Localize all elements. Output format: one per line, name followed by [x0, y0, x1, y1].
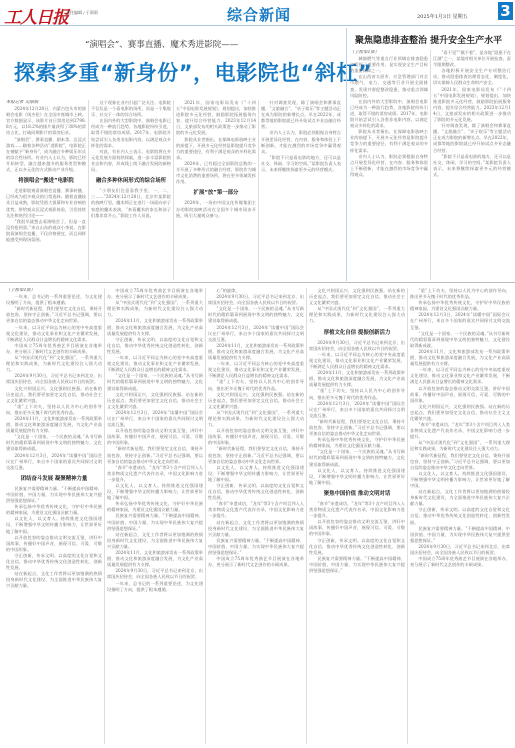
column-divider	[104, 288, 105, 744]
paragraph: 民族复兴需要精神力量。“不断提高中国精神、中国价值、中国力量，为实现中华民族伟大…	[208, 538, 304, 556]
paragraph: 民族复兴需要精神力量。“不断提高中国精神、中国价值、中国力量，为实现中华民族伟大…	[410, 526, 510, 544]
column-divider	[205, 288, 206, 744]
paragraph: “新时代新征程，我们要坚定文化自信，秉持开放包容，坚持守正创新。”习近平总书记强…	[6, 306, 102, 324]
paragraph: “春节”申遗成功，“龙年”等3个含产项目列入人类非物质文化遗产代表作名录，中国文…	[107, 465, 203, 483]
paragraph: 影院从业者指出，在保障电影放映主业的前提下，开展多元化经营是影院提升竞争力的重要…	[350, 129, 428, 153]
paragraph: 守正创新，传承文明。以高度的文化自觉和文化自信，推动中华优秀传统文化创造性转化、…	[309, 538, 405, 556]
column-divider	[430, 50, 431, 280]
paragraph: 2024年11月，文化和旅游部发布一系列政策举措，推动文化和旅游深度融合发展，为…	[208, 343, 304, 361]
paragraph: “重”上下功夫，坚持以人民为中心的创作导向，推出更多无愧于时代的优秀作品。	[410, 288, 510, 300]
paragraph: 一年来，以习近平同志为核心的党中央高度重视文化建设，推动文化事业和文化产业繁荣发…	[309, 352, 405, 370]
paragraph: 守正创新，传承文明。以高度的文化自觉和文化自信，推动中华优秀传统文化创造性转化、…	[208, 483, 304, 501]
paragraph: 2024年12月3日，2024年“读懂中国”国际会议在广州举行，来自多个国家的嘉…	[208, 325, 304, 343]
paragraph: 文化兴则国运兴，文化强则民族强。站在新的历史起点，我们要更加坚定文化自信，推动社…	[410, 404, 510, 422]
side-story-headline: 聚焦隐患排查整治 提升安全生产水平	[355, 33, 502, 46]
paragraph: 2024年11月，文化和旅游部发布一系列政策举措，推动文化和旅游深度融合发展，为…	[107, 550, 203, 568]
paragraph: “文化是一个国家、一个民族的灵魂。”从书写新时代的精彩篇章到展现中华文明的独特魅…	[208, 306, 304, 324]
lead-column-3: 2021年，国家电影局发布《“十四五”中国电影发展规划》，规划提出，加快推进影院…	[176, 100, 256, 280]
paragraph: “春节”申遗成功，“龙年”等3个含产项目列入人类非物质文化遗产代表作名录，中国文…	[410, 422, 510, 440]
paragraph: “春节”申遗成功，“龙年”等3个含产项目列入人类非物质文化遗产代表作名录，中国文…	[208, 501, 304, 519]
paragraph: 站在新起点，文化工作者将以更加饱满的热情投身新时代文化建设，为全面推进中华民族伟…	[107, 532, 203, 550]
section-divider	[0, 282, 515, 283]
paragraph: 一年来，总书记的一系列重要论述，为文化建设指明了方向，提供了根本遵循。	[6, 294, 102, 306]
paragraph: 文化兴则国运兴，文化强则民族强。站在新的历史起点，我们要更加坚定文化自信，推动社…	[208, 392, 304, 410]
paragraph: 从“中国式现代化”到“文化强国”，一系列重大理论和实践成果，为新时代文化建设注入…	[208, 410, 304, 428]
lead-subhead-2: 融合多种休闲形式的综合场所	[91, 178, 171, 184]
paragraph: 传承弘扬中华优秀传统文化，守护好中华民族的精神家园，为建设文化强国贡献力量。	[410, 300, 510, 312]
paragraph: 以文化人，以文育人。持续推进文化强国建设，不断增强中华文明传播力影响力，让世界更…	[309, 468, 405, 486]
paragraph: 2024年12月3日，2024年“读懂中国”国际会议在广州举行，来自多个国家的嘉…	[6, 453, 102, 471]
lower-subhead-1: 团结奋斗发展 凝聚精神力量	[6, 476, 102, 482]
section-title: 综合新闻	[227, 4, 291, 25]
paragraph: “春节”申遗成功，“龙年”等3个含产项目列入人类非物质文化遗产代表作名录，中国文…	[309, 501, 405, 519]
paragraph: 2024年9月30日，习近平总书记来到北京，出席国庆招待会，向全国各族人民致以节…	[107, 568, 203, 580]
paragraph: 中国成立75周年优秀曲艺节目展演在各地举办，充分展示了新时代文艺创作的丰硕成果。	[208, 556, 304, 568]
column-divider	[258, 100, 259, 280]
paragraph: 在山西省太原市，应急管理部门对全市燃气、电力、交通等行业开展全面排查，发现并督促…	[350, 74, 428, 98]
lower-subhead-3: 聚焦中国价值 推动文明对话	[309, 491, 405, 497]
paragraph: 民族复兴需要精神力量。“不断提高中国精神、中国价值、中国力量，为实现中华民族伟大…	[107, 513, 203, 531]
paragraph: 以开放包容的姿态推动文明交流互鉴，讲好中国故事，传播好中国声音，展现可信、可爱、…	[309, 519, 405, 537]
paragraph: 2021年，国家电影局发布《“十四五”中国电影发展规划》，规划提出，加快推进影院…	[176, 100, 256, 137]
paragraph: “文化是一个国家、一个民族的灵魂。”从书写新时代的精彩篇章到展现中华文明的独特魅…	[6, 434, 102, 452]
paragraph: 以文化人，以文育人。持续推进文化强国建设，不断增强中华文明传播力影响力，让世界更…	[208, 465, 304, 483]
paragraph: 站在新起点，文化工作者将以更加饱满的热情投身新时代文化建设，为全面推进中华民族伟…	[410, 489, 510, 507]
paragraph: 一年来，以习近平同志为核心的党中央高度重视文化建设，推动文化事业和文化产业繁荣发…	[107, 355, 203, 373]
paragraph: 以文化人，以文育人。持续推进文化强国建设，不断增强中华文明传播力影响力，让世界更…	[410, 471, 510, 489]
paragraph: 守正创新，传承文明。以高度的文化自觉和文化自信，推动中华优秀传统文化创造性转化、…	[6, 553, 102, 571]
lead-column-1: 本报记者 吴丽娟 2024年12月28日，内蒙古包头市的演唱会电影《周杰伦》在全…	[6, 100, 86, 280]
paragraph: 2024年11月，文化和旅游部发布一系列政策举措，推动文化和旅游深度融合发展，为…	[6, 416, 102, 434]
paragraph: “文化是一个国家、一个民族的灵魂。”从书写新时代的精彩篇章到展现中华文明的独特魅…	[309, 449, 405, 467]
paragraph: “我很早就想去看演唱会了，但是一直没有抢到票。”来自山东的观众小李说，在影院看演…	[6, 219, 86, 243]
paragraph: 传承弘扬中华优秀传统文化，守护好中华民族的精神家园，为建设文化强国贡献力量。	[6, 504, 102, 516]
paragraph: 民族复兴需要精神力量。“不断提高中国精神、中国价值、中国力量，为实现中华民族伟大…	[6, 486, 102, 504]
paragraph: “新时代新征程，我们要坚定文化自信，秉持开放包容，坚持守正创新。”习近平总书记强…	[410, 453, 510, 471]
paragraph: 守正创新，传承文明。以高度的文化自觉和文化自信，推动中华优秀传统文化创造性转化、…	[107, 337, 203, 355]
lower-column-3: 心”的旋律。 2024年9月30日，习近平总书记来到北京，出席国庆招待会，向全国…	[208, 288, 304, 744]
lead-column-4: 针对调查发现，除了演唱会和赛事直播，“文旅融合”、“亲子娱乐”等主题活动正在成为…	[261, 100, 341, 280]
paragraph: 从“中国式现代化”到“文化强国”，一系列重大理论和实践成果，为新时代文化建设注入…	[410, 440, 510, 452]
paragraph: 以开放包容的姿态推动文明交流互鉴，讲好中国故事，传播好中国声音，展现可信、可爱、…	[6, 535, 102, 553]
paragraph: 从“中国式现代化”到“文化强国”，一系列重大理论和实践成果，为新时代文化建设注入…	[309, 306, 405, 324]
paragraph: “文化是一个国家、一个民族的灵魂。”从书写新时代的精彩篇章到展现中华文明的独特魅…	[410, 331, 510, 349]
paragraph: 以文化人，以文育人。持续推进文化强国建设，不断增强中华文明传播力影响力，让世界更…	[107, 483, 203, 501]
paragraph: “文化是一个国家、一个民族的灵魂。”从书写新时代的精彩篇章到展现中华文明的独特魅…	[107, 373, 203, 391]
paragraph: 影院从业者指出，在保障电影放映主业的前提下，开展多元化经营是影院提升竞争力的重要…	[176, 137, 256, 161]
paragraph: 业内人士认为，影院必须根据自身特点开展差异化经营，在内容、服务和体验上不断创新，…	[261, 130, 341, 154]
lower-column-1: （上接第1版） 一年来，总书记的一系列重要论述，为文化建设指明了方向，提供了根本…	[6, 288, 102, 744]
column-divider	[306, 288, 307, 744]
paragraph: 这个现象在业内引起广泛关注。电影院不仅仅是一个看电影的场所，而是一个集娱乐、社交…	[91, 100, 171, 118]
paragraph: 城镇燃气等重点行业领域在排查隐患中发挥了重要作用，是实现安全生产目标的重要保障之…	[350, 56, 428, 74]
paragraph: 以开放包容的姿态推动文明交流互鉴，讲好中国故事，传播好中国声音，展现可信、可爱、…	[208, 428, 304, 446]
paragraph: 文化兴则国运兴，文化强则民族强。站在新的历史起点，我们要更加坚定文化自信，推动社…	[309, 288, 405, 306]
paragraph: “新时代新征程，我们要坚定文化自信，秉持开放包容，坚持守正创新。”习近平总书记强…	[309, 419, 405, 437]
page-number-badge: 3	[498, 2, 513, 20]
paragraph: 2024年12月3日，2024年“读懂中国”国际会议在广州举行，来自多个国家的嘉…	[107, 410, 203, 428]
paragraph: 传承弘扬中华优秀传统文化，守护好中华民族的精神家园，为建设文化强国贡献力量。	[107, 501, 203, 513]
paragraph: 各地积极开展安全生产专项整治行动，推动隐患排查治理常态化、制度化，切实保障人民群…	[433, 68, 511, 86]
lower-column-5: “重”上下功夫，坚持以人民为中心的创作导向，推出更多无愧于时代的优秀作品。 传承…	[410, 288, 510, 744]
paragraph: 2024年12月3日，2024年“读懂中国”国际会议在广州举行，来自多个国家的嘉…	[410, 312, 510, 330]
paragraph: “演唱会”、赛事直播、剧本杀、沉浸式游戏……随着各种活动“进影院”，电影院正在被…	[6, 137, 86, 174]
paragraph: 2024年11月，文化和旅游部发布一系列政策举措，推动文化和旅游深度融合发展，为…	[410, 349, 510, 367]
paragraph: 一年来，总书记的一系列重要论述，为文化建设指明了方向，提供了根本遵循。	[107, 581, 203, 593]
paragraph: 针对调查发现，除了演唱会和赛事直播，“文旅融合”、“亲子娱乐”等主题活动正在成为…	[261, 100, 341, 130]
paragraph: 民族复兴需要精神力量。“不断提高中国精神、中国价值、中国力量，为实现中华民族伟大…	[309, 556, 405, 574]
paragraph: 传承弘扬中华优秀传统文化，守护好中华民族的精神家园，为建设文化强国贡献力量。	[309, 437, 405, 449]
paragraph: 守正创新，传承文明。以高度的文化自觉和文化自信，推动中华优秀传统文化创造性转化、…	[410, 507, 510, 525]
paragraph: 一年来，以习近平同志为核心的党中央高度重视文化建设，推动文化事业和文化产业繁荣发…	[6, 325, 102, 343]
column-divider	[88, 100, 89, 280]
paragraph: 业内人士认为，影院必须根据自身特点开展差异化经营，在内容、服务和体验上不断创新，…	[350, 154, 428, 178]
paragraph: 针对调查发现，除了演唱会和赛事直播，“文旅融合”、“亲子娱乐”等主题活动正在成为…	[433, 123, 511, 153]
story-divider	[346, 28, 347, 281]
paragraph: 2024年9月30日，习近平总书记来到北京，出席国庆招待会，向全国各族人民致以节…	[309, 340, 405, 352]
paragraph: “新时代新征程，我们要坚定文化自信，秉持开放包容，坚持守正创新。”习近平总书记强…	[208, 446, 304, 464]
paragraph: 2024年9月30日，习近平总书记来到北京，出席国庆招待会，向全国各族人民致以节…	[6, 373, 102, 385]
paragraph: 中国成立75周年优秀曲艺节目展演在各地举办，充分展示了新时代文艺创作的丰硕成果。	[107, 288, 203, 300]
paragraph: 在国内外的大型影院中，演唱会电影已经成为一种流行趋势，各地影院纷纷引进，取得不错…	[350, 99, 428, 129]
issue-date: 2025年1月3日 星期五	[417, 13, 468, 20]
paragraph: 对此，有业内人士表示，电影院将在多元化发展方面持续探索，进一步丰富影院的业态和内…	[91, 149, 171, 173]
lower-subhead-2: 厚植文化自信 提振创新活力	[309, 330, 405, 336]
paragraph: 2024年9月30日，习近平总书记来到北京，出席国庆招待会，向全国各族人民致以节…	[208, 294, 304, 306]
editor-credit: 责任编辑 / 于莉莉	[66, 10, 98, 16]
paragraph: 一年来，以习近平同志为核心的党中央高度重视文化建设，推动文化事业和文化产业繁荣发…	[410, 367, 510, 385]
paragraph: “影院不只是看电影的地方，还可以是社交、休闲、学习的空间。”某影院负责人表示，未…	[433, 154, 511, 178]
paragraph: “小朋友们注意看我手里，一、二、三……”2024年12月28日，北京市某影院的放…	[91, 188, 171, 218]
paragraph: 2024年，已有超过全国影院总数的一半开展了多种形式的融合经营。影院作为城市文化…	[176, 161, 256, 185]
paragraph: 中国成立75周年优秀曲艺节目展演在各地举办，充分展示了新时代文艺创作的丰硕成果。	[6, 343, 102, 355]
lead-kicker: “演唱会”、赛事直播、魔术秀进影院——	[85, 38, 238, 50]
side-column-2: “看不见”“摸不着”，是各地“隐患不在江湖”之一，某地对相关单位开展检查，责令限…	[433, 50, 511, 280]
paragraph: “重”上下功夫，坚持以人民为中心的创作导向，推出更多无愧于时代的优秀作品。	[6, 404, 102, 416]
paragraph: 一年来，以习近平同志为核心的党中央高度重视文化建设，推动文化事业和文化产业繁荣发…	[208, 361, 304, 379]
masthead: 工人日报 责任编辑 / 于莉莉 综合新闻 2025年1月3日 星期五 3	[0, 0, 515, 26]
newspaper-logo: 工人日报	[4, 3, 68, 28]
lead-subhead-1: 将演唱会“搬进”电影院	[6, 178, 86, 184]
paragraph: 文化兴则国运兴，文化强则民族强。站在新的历史起点，我们要更加坚定文化自信，推动社…	[107, 392, 203, 410]
paragraph: 以开放包容的姿态推动文明交流互鉴，讲好中国故事，传播好中国声音，展现可信、可爱、…	[410, 386, 510, 404]
paragraph: “影院不只是看电影的地方，还可以是社交、休闲、学习的空间。”某影院负责人表示，未…	[261, 155, 341, 173]
lead-subhead-3: 扩展“放”第一部分	[176, 190, 256, 196]
column-divider	[407, 288, 408, 744]
paragraph: 2024年12月28日，内蒙古包头市的演唱会电影《周杰伦》在全国多座城市上映。官…	[6, 106, 86, 136]
paragraph: “重”上下功夫，坚持以人民为中心的创作导向，推出更多无愧于时代的优秀作品。	[208, 379, 304, 391]
paragraph: 2024年，一场由中国文化传媒集团主办的影院放映活动在全国多个城市同步开展，吸引…	[176, 200, 256, 218]
paragraph: 站在新起点，文化工作者将以更加饱满的热情投身新时代文化建设，为全面推进中华民族伟…	[208, 520, 304, 538]
paragraph: 文化兴则国运兴，文化强则民族强。站在新的历史起点，我们要更加坚定文化自信，推动社…	[6, 386, 102, 404]
column-divider	[173, 100, 174, 280]
paragraph: 走进影院观看演唱会直播、赛事转播，已经成为很多观众的日常选择。随着直播技术日益成…	[6, 188, 86, 218]
lead-headline: 探索多重“新身份”，电影院也“斜杠”	[14, 57, 372, 87]
paragraph: 站在新起点，文化工作者将以更加饱满的热情投身新时代文化建设，为全面推进中华民族伟…	[6, 571, 102, 589]
paragraph: 2024年12月3日，2024年“读懂中国”国际会议在广州举行，来自多个国家的嘉…	[309, 401, 405, 419]
paragraph: 2021年，国家电影局发布《“十四五”中国电影发展规划》，规划提出，加快推进影院…	[433, 87, 511, 124]
paragraph: 2024年11月，文化和旅游部发布一系列政策举措，推动文化和旅游深度融合发展，为…	[309, 370, 405, 388]
paragraph: 2024年9月30日，习近平总书记来到北京，出席国庆招待会，向全国各族人民致以节…	[410, 544, 510, 556]
paragraph: “新时代新征程，我们要坚定文化自信，秉持开放包容，坚持守正创新。”习近平总书记强…	[107, 446, 203, 464]
paragraph: 以开放包容的姿态推动文明交流互鉴，讲好中国故事，传播好中国声音，展现可信、可爱、…	[107, 428, 203, 446]
lower-column-4: 文化兴则国运兴，文化强则民族强。站在新的历史起点，我们要更加坚定文化自信，推动社…	[309, 288, 405, 744]
paragraph: 中国成立75周年优秀曲艺节目展演在各地举办，充分展示了新时代文艺创作的丰硕成果。	[410, 556, 510, 568]
paragraph: “重”上下功夫，坚持以人民为中心的创作导向，推出更多无愧于时代的优秀作品。	[309, 388, 405, 400]
paragraph: 在国内外的大型影院中，演唱会电影已经成为一种流行趋势，各地影院纷纷引进，取得不错…	[91, 118, 171, 148]
lower-column-2: 中国成立75周年优秀曲艺节目展演在各地举办，充分展示了新时代文艺创作的丰硕成果。…	[107, 288, 203, 744]
paragraph: 从“中国式现代化”到“文化强国”，一系列重大理论和实践成果，为新时代文化建设注入…	[6, 355, 102, 373]
side-column-1: （上接第1版） 城镇燃气等重点行业领域在排查隐患中发挥了重要作用，是实现安全生产…	[350, 50, 428, 280]
paragraph: 2024年11月，文化和旅游部发布一系列政策举措，推动文化和旅游深度融合发展，为…	[107, 318, 203, 336]
paragraph: 以文化人，以文育人。持续推进文化强国建设，不断增强中华文明传播力影响力，让世界更…	[6, 516, 102, 534]
lead-column-2: 这个现象在业内引起广泛关注。电影院不仅仅是一个看电影的场所，而是一个集娱乐、社交…	[91, 100, 171, 280]
paragraph: 从“中国式现代化”到“文化强国”，一系列重大理论和实践成果，为新时代文化建设注入…	[107, 300, 203, 318]
paragraph: “看不见”“摸不着”，是各地“隐患不在江湖”之一，某地对相关单位开展检查，责令限…	[433, 50, 511, 68]
